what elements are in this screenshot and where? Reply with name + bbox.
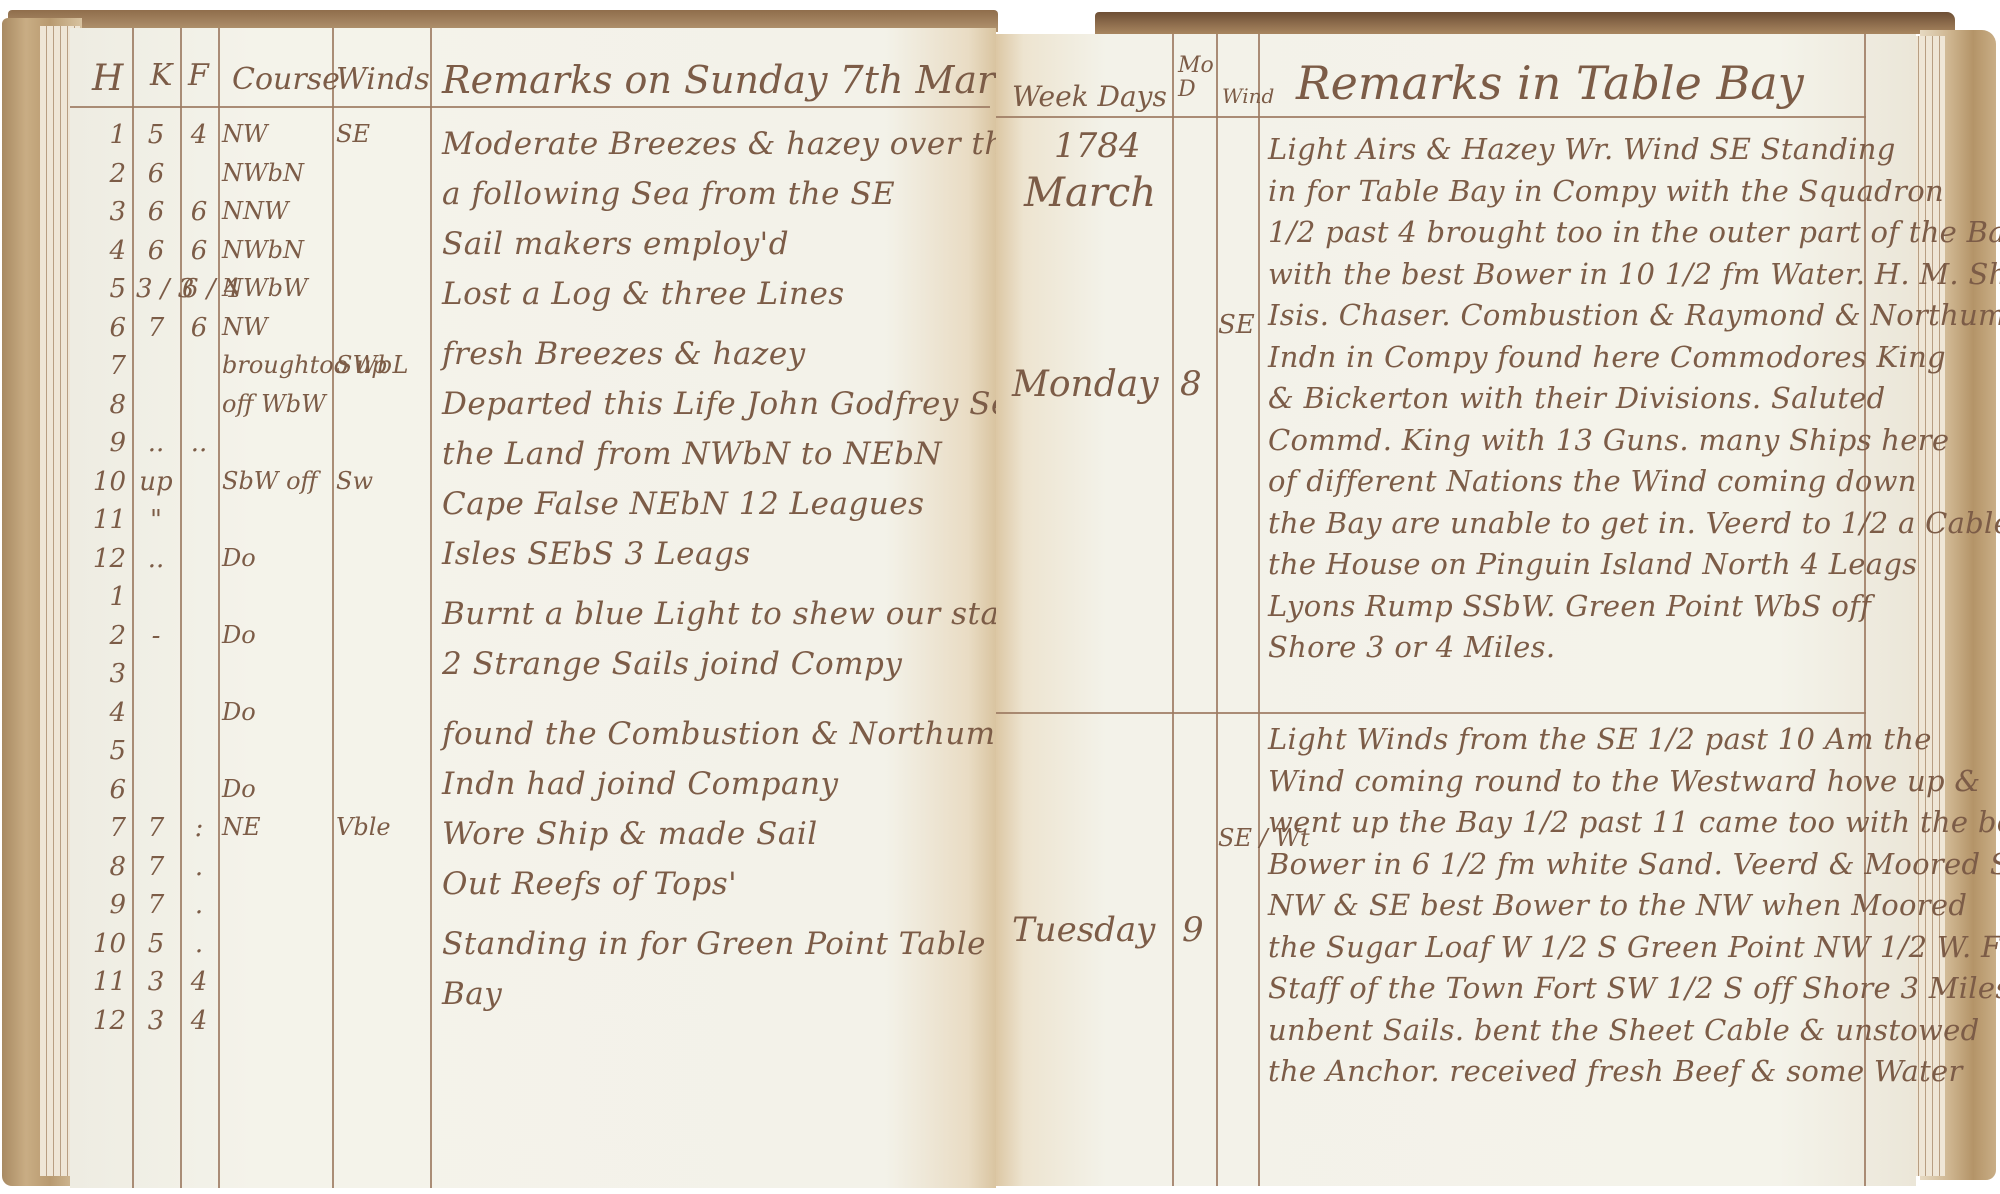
remark-line: Out Reefs of Tops'	[442, 866, 737, 902]
log-cell-f: 6 / 4	[182, 274, 216, 304]
log-cell-winds: SE	[336, 120, 428, 148]
header-month-day: Mo D	[1178, 54, 1214, 102]
log-cell-f: 6	[182, 236, 216, 266]
log-cell-h: 2	[80, 621, 126, 651]
date-8: 8	[1180, 364, 1202, 404]
weekday-monday: Monday	[1012, 364, 1159, 405]
log-cell-k: 7	[136, 852, 176, 882]
log-cell-k: 7	[136, 813, 176, 843]
remark-line: went up the Bay 1/2 past 11 came too wit…	[1268, 805, 2000, 839]
log-cell-f: .	[182, 852, 216, 882]
remark-line: Indn had joind Company	[442, 766, 838, 802]
log-cell-f: 6	[182, 197, 216, 227]
log-cell-h: 6	[80, 313, 126, 343]
remark-line: Isles SEbS 3 Leags	[442, 536, 751, 572]
remark-line: NW & SE best Bower to the NW when Moored	[1268, 888, 1967, 922]
remark-line: in for Table Bay in Compy with the Squad…	[1268, 174, 1944, 208]
header-winds: Winds	[336, 62, 430, 97]
log-cell-k: -	[136, 621, 176, 651]
header-rule	[996, 116, 1866, 118]
log-cell-h: 6	[80, 775, 126, 805]
header-course: Course	[232, 62, 340, 97]
rule	[218, 28, 220, 1188]
log-cell-course: NW	[222, 120, 330, 148]
log-cell-h: 7	[80, 351, 126, 381]
rule	[1172, 34, 1174, 1186]
log-cell-k: ..	[136, 544, 176, 574]
remark-line: Commd. King with 13 Guns. many Ships her…	[1268, 423, 1949, 457]
log-cell-f: ..	[182, 428, 216, 458]
log-cell-k: ..	[136, 428, 176, 458]
remark-line: & Bickerton with their Divisions. Salute…	[1268, 381, 1886, 415]
log-cell-k: 6	[136, 159, 176, 189]
remark-line: unbent Sails. bent the Sheet Cable & uns…	[1268, 1013, 1980, 1047]
log-cell-h: 10	[80, 929, 126, 959]
remark-line: Staff of the Town Fort SW 1/2 S off Shor…	[1268, 971, 2000, 1005]
remark-line: Indn in Compy found here Commodores King	[1268, 340, 1946, 374]
remark-line: of different Nations the Wind coming dow…	[1268, 464, 1917, 498]
header-knots: K	[150, 58, 172, 93]
rule	[332, 28, 334, 1188]
header-wind: Wind	[1222, 84, 1274, 108]
log-cell-k: "	[136, 505, 176, 535]
log-cell-f: 4	[182, 967, 216, 997]
log-cell-h: 4	[80, 698, 126, 728]
remarks-title-right: Remarks in Table Bay	[1296, 56, 1804, 110]
day-divider-rule	[996, 712, 1866, 714]
log-cell-course: NWbN	[222, 236, 330, 264]
log-cell-h: 2	[80, 159, 126, 189]
rule	[1258, 34, 1260, 1186]
remark-line: Sail makers employ'd	[442, 226, 789, 262]
remark-line: 1/2 past 4 brought too in the outer part…	[1268, 215, 2000, 249]
remark-line: Cape False NEbN 12 Leagues	[442, 486, 925, 522]
log-cell-course: Do	[222, 775, 330, 803]
log-cell-h: 1	[80, 120, 126, 150]
log-cell-k: 3	[136, 1006, 176, 1036]
log-cell-k: 3	[136, 967, 176, 997]
log-cell-course: Do	[222, 698, 330, 726]
log-cell-course: NNW	[222, 197, 330, 225]
log-cell-h: 3	[80, 197, 126, 227]
remark-line: Burnt a blue Light to shew our station	[442, 596, 1062, 632]
log-cell-h: 11	[80, 967, 126, 997]
log-cell-h: 4	[80, 236, 126, 266]
rule	[1216, 34, 1218, 1186]
log-cell-f: :	[182, 813, 216, 843]
header-fathoms: F	[188, 58, 209, 93]
log-cell-course: broughtoo up	[222, 351, 330, 379]
log-cell-winds: Vble	[336, 813, 428, 841]
log-cell-k: 6	[136, 197, 176, 227]
log-cell-h: 7	[80, 813, 126, 843]
remark-line: Shore 3 or 4 Miles.	[1268, 630, 1555, 664]
log-cell-f: .	[182, 929, 216, 959]
open-logbook: H K F Course Winds Remarks on Sunday 7th…	[0, 0, 2000, 1194]
remark-line: Bay	[442, 976, 502, 1012]
log-cell-h: 12	[80, 1006, 126, 1036]
log-cell-h: 12	[80, 544, 126, 574]
remark-line: Light Winds from the SE 1/2 past 10 Am t…	[1268, 722, 1932, 756]
log-cell-h: 8	[80, 852, 126, 882]
remark-line: the Sugar Loaf W 1/2 S Green Point NW 1/…	[1268, 930, 2000, 964]
log-cell-winds: Sw	[336, 467, 428, 495]
remark-line: Lyons Rump SSbW. Green Point WbS off	[1268, 589, 1871, 623]
log-cell-h: 11	[80, 505, 126, 535]
remark-line: fresh Breezes & hazey	[442, 336, 806, 372]
date-9: 9	[1182, 910, 1204, 950]
log-cell-course: NW	[222, 313, 330, 341]
remark-line: the Anchor. received fresh Beef & some W…	[1268, 1054, 1963, 1088]
log-cell-course: off WbW	[222, 390, 330, 418]
remark-line: the Land from NWbN to NEbN	[442, 436, 942, 472]
rule	[430, 28, 432, 1188]
log-cell-h: 5	[80, 274, 126, 304]
log-cell-h: 9	[80, 428, 126, 458]
remark-line: Isis. Chaser. Combustion & Raymond & Nor…	[1268, 298, 2000, 332]
log-cell-course: NWbN	[222, 159, 330, 187]
header-week-days: Week Days	[1012, 80, 1167, 113]
log-cell-course: Do	[222, 544, 330, 572]
log-cell-k: 5	[136, 120, 176, 150]
log-cell-k: up	[136, 467, 176, 497]
header-rule	[70, 106, 990, 108]
log-cell-course: Do	[222, 621, 330, 649]
remark-line: with the best Bower in 10 1/2 fm Water. …	[1268, 257, 2000, 291]
remark-line: Wore Ship & made Sail	[442, 816, 818, 852]
log-cell-h: 9	[80, 890, 126, 920]
month-label: March	[1024, 170, 1156, 216]
weekday-tuesday: Tuesday	[1012, 910, 1155, 950]
log-cell-h: 1	[80, 582, 126, 612]
remark-line: Lost a Log & three Lines	[442, 276, 845, 312]
log-cell-k: 6	[136, 236, 176, 266]
right-page: Week Days Mo D Wind Remarks in Table Bay…	[996, 34, 1916, 1186]
header-hour: H	[92, 58, 123, 99]
log-cell-k: 5	[136, 929, 176, 959]
log-cell-k: 7	[136, 313, 176, 343]
remark-line: Light Airs & Hazey Wr. Wind SE Standing	[1268, 132, 1896, 166]
left-page: H K F Course Winds Remarks on Sunday 7th…	[70, 28, 996, 1188]
log-cell-f: .	[182, 890, 216, 920]
log-cell-h: 8	[80, 390, 126, 420]
remark-line: the Bay are unable to get in. Veerd to 1…	[1268, 506, 2000, 540]
remark-line: Wind coming round to the Westward hove u…	[1268, 764, 1980, 798]
log-cell-course: SbW off	[222, 467, 330, 495]
wind-monday: SE	[1218, 310, 1255, 340]
remark-line: the House on Pinguin Island North 4 Leag…	[1268, 547, 1917, 581]
log-cell-k: 3 / 3	[136, 274, 176, 304]
remark-line: Bower in 6 1/2 fm white Sand. Veerd & Mo…	[1268, 847, 2000, 881]
log-cell-h: 10	[80, 467, 126, 497]
log-cell-h: 5	[80, 736, 126, 766]
cover-top-edge-right	[1095, 12, 1955, 34]
log-cell-winds: SWbL	[336, 351, 428, 379]
year-label: 1784	[1054, 126, 1141, 166]
log-cell-course: NE	[222, 813, 330, 841]
log-cell-course: NWbW	[222, 274, 330, 302]
remark-line: Standing in for Green Point Table	[442, 926, 986, 962]
log-cell-f: 6	[182, 313, 216, 343]
log-cell-f: 4	[182, 1006, 216, 1036]
log-cell-k: 7	[136, 890, 176, 920]
remark-line: 2 Strange Sails joind Compy	[442, 646, 902, 682]
rule	[132, 28, 134, 1188]
remark-line: a following Sea from the SE	[442, 176, 895, 212]
log-cell-f: 4	[182, 120, 216, 150]
log-cell-h: 3	[80, 659, 126, 689]
